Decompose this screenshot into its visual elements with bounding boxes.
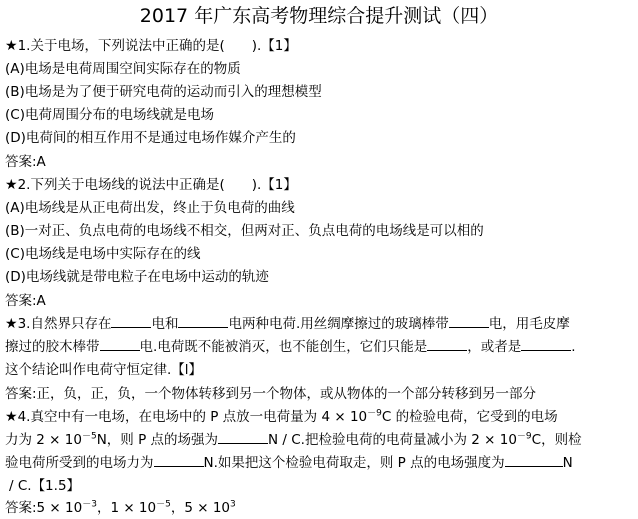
question-2-option-a: (A)电场线是从正电荷出发，终止于负电荷的曲线 [5, 198, 295, 218]
fill-blank [111, 315, 151, 328]
text-segment: 4.真空中有一电场，在电场中的 P 点放一电荷量为 4 × 10 [18, 409, 368, 425]
text-segment: 电.电荷既不能被消灭，也不能创生，它们只能是 [140, 339, 428, 355]
document-page: 2017 年广东高考物理综合提升测试（四） ★1.关于电场，下列说法中正确的是(… [0, 0, 638, 519]
fill-blank [521, 338, 571, 351]
text-segment: ，1 × 10 [97, 500, 156, 516]
text-segment: 这个结论叫作电荷守恒定律. [5, 362, 171, 378]
exponent: －5 [82, 432, 97, 442]
document-title: 2017 年广东高考物理综合提升测试（四） [0, 4, 638, 28]
fill-blank [218, 431, 268, 444]
question-3-line-1: ★3.自然界只存在电和电两种电荷.用丝绸摩擦过的玻璃棒带电，用毛皮摩 [5, 314, 570, 334]
question-3-line-2: 擦过的胶木棒带电.电荷既不能被消灭，也不能创生，它们只能是，或者是. [5, 337, 576, 357]
text-segment: C，则检 [532, 432, 582, 448]
text-segment: N / C.把检验电荷的电荷量减小为 2 × 10 [268, 432, 517, 448]
question-2-answer: 答案:A [5, 291, 46, 311]
question-4-line-4: / C.【1.5】 [9, 476, 80, 496]
question-2-option-d: (D)电场线就是带电粒子在电场中运动的轨迹 [5, 267, 269, 287]
exponent: －3 [82, 500, 97, 510]
question-1-option-c: (C)电荷周围分布的电场线就是电场 [5, 105, 214, 125]
question-2-option-c: (C)电场线是电场中实际存在的线 [5, 244, 200, 264]
exponent: －9 [367, 409, 382, 419]
exponent: －5 [156, 500, 171, 510]
question-3-line-3: 这个结论叫作电荷守恒定律.【l】 [5, 360, 202, 380]
question-1-option-b: (B)电场是为了便于研究电荷的运动而引入的理想模型 [5, 82, 322, 102]
difficulty-level: 【1】 [261, 38, 297, 54]
question-1-stem: ★1.关于电场，下列说法中正确的是( ).【1】 [5, 36, 297, 56]
text-segment: N [563, 455, 573, 471]
question-2-option-b: (B)一对正、负点电荷的电场线不相交，但两对正、负点电荷的电场线是可以相的 [5, 221, 484, 241]
question-stem-text: 1.关于电场，下列说法中正确的是( ). [18, 38, 262, 54]
text-segment: C 的检验电荷，它受到的电场 [382, 409, 558, 425]
question-4-line-3: 验电荷所受到的电场力为N.如果把这个检验电荷取走，则 P 点的电场强度为N [5, 453, 573, 473]
question-1-option-d: (D)电荷间的相互作用不是通过电场作媒介产生的 [5, 128, 296, 148]
question-1-answer: 答案:A [5, 152, 46, 172]
text-segment: 力为 2 × 10 [5, 432, 82, 448]
fill-blank [449, 315, 489, 328]
question-1-option-a: (A)电场是电荷周围空间实际存在的物质 [5, 59, 241, 79]
question-4-answer: 答案:5 × 10－3，1 × 10－5，5 × 103 [5, 498, 236, 518]
question-3-answer: 答案:正，负，正，负，一个物体转移到另一个物体，或从物体的一个部分转移到另一部分 [5, 384, 536, 404]
question-2-stem: ★2.下列关于电场线的说法中正确是( ).【1】 [5, 175, 297, 195]
star-icon: ★ [5, 38, 18, 54]
star-icon: ★ [5, 316, 18, 332]
text-segment: ，5 × 10 [171, 500, 230, 516]
star-icon: ★ [5, 177, 18, 193]
text-segment: 验电荷所受到的电场力为 [5, 455, 154, 471]
text-segment: / C. [9, 478, 32, 494]
difficulty-level: 【1】 [261, 177, 297, 193]
question-stem-text: 2.下列关于电场线的说法中正确是( ). [18, 177, 262, 193]
text-segment: 电两种电荷.用丝绸摩擦过的玻璃棒带 [228, 316, 448, 332]
exponent: 3 [230, 500, 236, 510]
exponent: －9 [517, 432, 532, 442]
text-segment: 电，用毛皮摩 [489, 316, 570, 332]
text-segment: ，或者是 [467, 339, 521, 355]
text-segment: 答案:5 × 10 [5, 500, 82, 516]
text-segment: N.如果把这个检验电荷取走，则 P 点的电场强度为 [204, 455, 505, 471]
text-segment: . [571, 339, 575, 355]
question-4-line-2: 力为 2 × 10－5N，则 P 点的场强为N / C.把检验电荷的电荷量减小为… [5, 430, 582, 450]
fill-blank [154, 454, 204, 467]
fill-blank [427, 338, 467, 351]
fill-blank [100, 338, 140, 351]
text-segment: 擦过的胶木棒带 [5, 339, 100, 355]
text-segment: N，则 P 点的场强为 [97, 432, 218, 448]
fill-blank [178, 315, 228, 328]
fill-blank [505, 454, 563, 467]
question-4-line-1: ★4.真空中有一电场，在电场中的 P 点放一电荷量为 4 × 10－9C 的检验… [5, 407, 558, 427]
difficulty-level: 【l】 [171, 362, 202, 378]
text-segment: 电和 [151, 316, 178, 332]
text-segment: 3.自然界只存在 [18, 316, 112, 332]
difficulty-level: 【1.5】 [32, 478, 80, 494]
star-icon: ★ [5, 409, 18, 425]
